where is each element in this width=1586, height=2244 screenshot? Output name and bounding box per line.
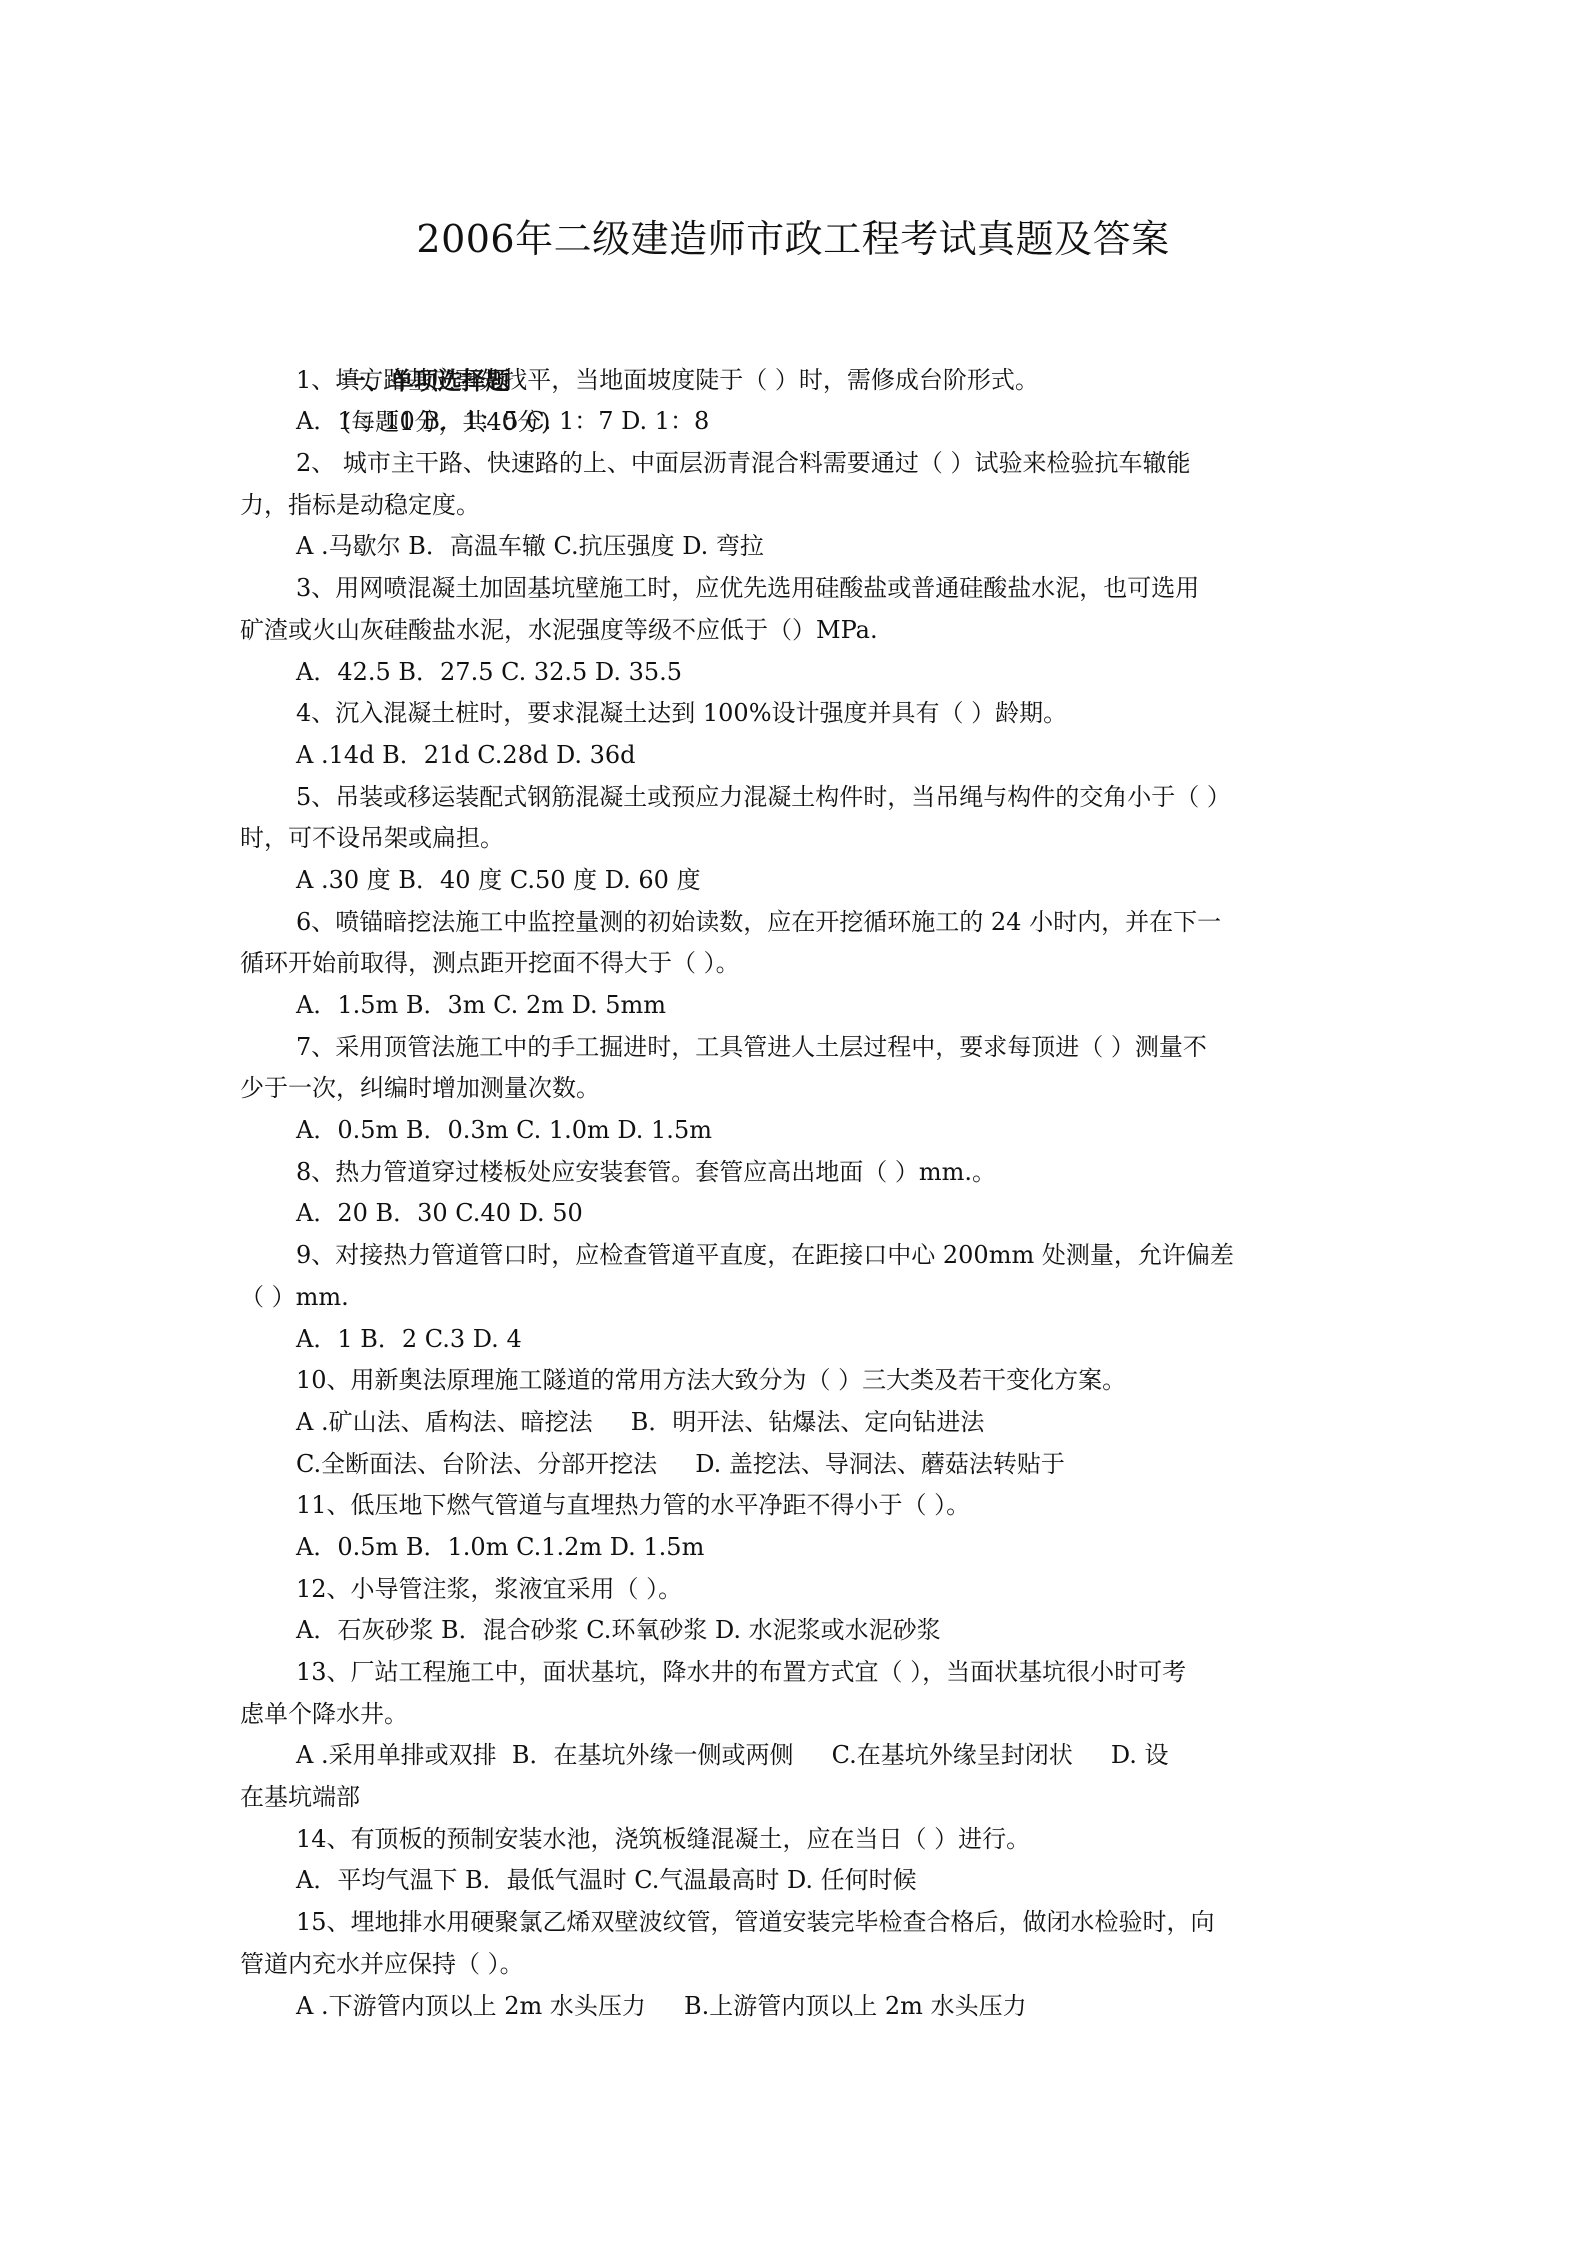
text-line: 7、采用顶管法施工中的手工掘进时，工具管进人土层过程中，要求每顶进（ ）测量不 — [240, 1027, 1356, 1069]
text-line: A .马歇尔 B．高温车辙 C.抗压强度 D. 弯拉 — [240, 526, 1356, 568]
text-line: 14、有顶板的预制安装水池，浇筑板缝混凝土，应在当日（ ）进行。 — [240, 1819, 1356, 1861]
text-line: A .14d B．21d C.28d D. 36d — [240, 735, 1356, 777]
text-line: 9、对接热力管道管口时，应检查管道平直度，在距接口中心 200mm 处测量，允许… — [240, 1235, 1356, 1277]
text-line: A．1 B．2 C.3 D. 4 — [240, 1319, 1356, 1361]
text-line: A．1.5m B．3m C. 2m D. 5mm — [240, 985, 1356, 1027]
text-line: A .30 度 B．40 度 C.50 度 D. 60 度 — [240, 860, 1356, 902]
text-line: 12、小导管注浆，浆液宜采用（ ）。 — [240, 1569, 1356, 1611]
text-line: 3、用网喷混凝土加固基坑壁施工时，应优先选用硅酸盐或普通硅酸盐水泥，也可选用 — [240, 568, 1356, 610]
text-line: 2、 城市主干路、快速路的上、中面层沥青混合料需要通过（ ）试验来检验抗车辙能 — [240, 443, 1356, 485]
document-body: 一、单项选择题 (每题1分，共40分) 1、填方路基应事先找平，当地面坡度陡于（… — [240, 318, 1356, 2027]
text-line: 8、热力管道穿过楼板处应安装套管。套管应高出地面（ ）mm.。 — [240, 1152, 1356, 1194]
text-line: 少于一次，纠编时增加测量次数。 — [240, 1068, 1356, 1110]
text-line: A .矿山法、盾构法、暗挖法 B．明开法、钻爆法、定向钻进法 — [240, 1402, 1356, 1444]
text-line: A．0.5m B．1.0m C.1.2m D. 1.5m — [240, 1527, 1356, 1569]
text-line: 在基坑端部 — [240, 1777, 1356, 1819]
text-line: 管道内充水并应保持（ ）。 — [240, 1944, 1356, 1986]
text-line: A .采用单排或双排 B．在基坑外缘一侧或两侧 C.在基坑外缘呈封闭状 D. 设 — [240, 1735, 1356, 1777]
section-heading-line: 一、单项选择题 (每题1分，共40分) — [240, 318, 1356, 360]
text-line: C.全断面法、台阶法、分部开挖法 D. 盖挖法、导洞法、蘑菇法转贴于 — [240, 1444, 1356, 1486]
text-line: A．42.5 B．27.5 C. 32.5 D. 35.5 — [240, 652, 1356, 694]
text-line: 15、埋地排水用硬聚氯乙烯双壁波纹管，管道安装完毕检查合格后，做闭水检验时，向 — [240, 1902, 1356, 1944]
document-page: 2006年二级建造师市政工程考试真题及答案 一、单项选择题 (每题1分，共40分… — [0, 0, 1586, 2244]
text-line: 10、用新奥法原理施工隧道的常用方法大致分为（ ）三大类及若干变化方案。 — [240, 1360, 1356, 1402]
text-line: A．1 ：10 B．1：5 C. 1：7 D. 1：8 — [240, 401, 1356, 443]
text-line: 循环开始前取得，测点距开挖面不得大于（ ）。 — [240, 943, 1356, 985]
text-line: A．0.5m B．0.3m C. 1.0m D. 1.5m — [240, 1110, 1356, 1152]
question-list: 1、填方路基应事先找平，当地面坡度陡于（ ）时，需修成台阶形式。A．1 ：10 … — [240, 360, 1356, 2028]
text-line: 时，可不设吊架或扁担。 — [240, 818, 1356, 860]
text-line: 矿渣或火山灰硅酸盐水泥，水泥强度等级不应低于（）MPa. — [240, 610, 1356, 652]
text-line: 4、沉入混凝土桩时，要求混凝土达到 100%设计强度并具有（ ）龄期。 — [240, 693, 1356, 735]
text-line: A .下游管内顶以上 2m 水头压力 B.上游管内顶以上 2m 水头压力 — [240, 1986, 1356, 2028]
text-line: A．20 B．30 C.40 D. 50 — [240, 1193, 1356, 1235]
text-line: 11、低压地下燃气管道与直埋热力管的水平净距不得小于（ ）。 — [240, 1485, 1356, 1527]
text-line: 5、吊装或移运装配式钢筋混凝土或预应力混凝土构件时，当吊绳与构件的交角小于（ ） — [240, 777, 1356, 819]
text-line: A．平均气温下 B．最低气温时 C.气温最高时 D. 任何时候 — [240, 1860, 1356, 1902]
text-line: （ ）mm. — [240, 1277, 1356, 1319]
text-line: 虑单个降水井。 — [240, 1694, 1356, 1736]
text-line: 13、厂站工程施工中，面状基坑，降水井的布置方式宜（ ），当面状基坑很小时可考 — [240, 1652, 1356, 1694]
document-title: 2006年二级建造师市政工程考试真题及答案 — [0, 208, 1586, 263]
text-line: 力，指标是动稳定度。 — [240, 485, 1356, 527]
text-line: 1、填方路基应事先找平，当地面坡度陡于（ ）时，需修成台阶形式。 — [240, 360, 1356, 402]
text-line: 6、喷锚暗挖法施工中监控量测的初始读数，应在开挖循环施工的 24 小时内，并在下… — [240, 902, 1356, 944]
text-line: A．石灰砂浆 B．混合砂浆 C.环氧砂浆 D. 水泥浆或水泥砂浆 — [240, 1610, 1356, 1652]
